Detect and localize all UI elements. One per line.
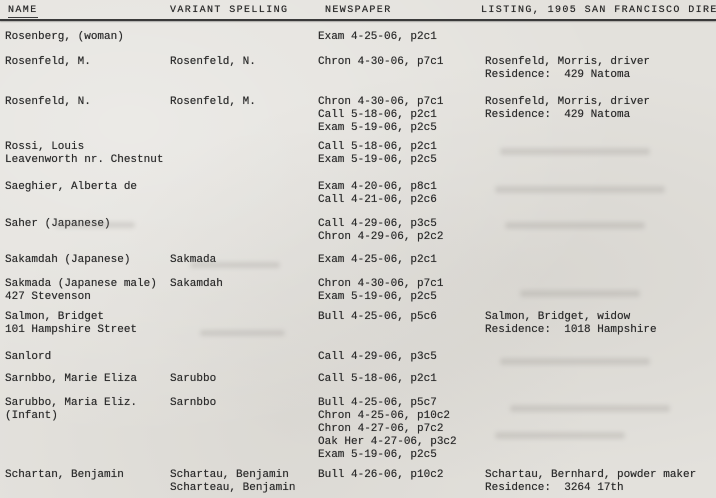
text-line: Call 4-29-06, p3c5 bbox=[318, 351, 485, 364]
text-line: Schartau, Benjamin bbox=[170, 469, 318, 482]
variant-cell bbox=[170, 31, 318, 44]
text-line: Sanlord bbox=[5, 351, 170, 364]
text-line: Chron 4-25-06, p10c2 bbox=[318, 410, 485, 423]
table-row: Sakamdah (Japanese) Sakmada Exam 4-25-06… bbox=[5, 254, 716, 267]
text-line: Exam 4-20-06, p8c1 bbox=[318, 181, 485, 194]
name-cell: Rosenberg, (woman) bbox=[5, 31, 170, 44]
text-line: Chron 4-29-06, p2c2 bbox=[318, 231, 485, 244]
scanned-document-page: NAME VARIANT SPELLING NEWSPAPER LISTING,… bbox=[0, 0, 716, 498]
text-line: Schartau, Bernhard, powder maker bbox=[485, 469, 716, 482]
variant-cell bbox=[170, 311, 318, 337]
table-row: Schartan, Benjamin Schartau, BenjaminSch… bbox=[5, 469, 716, 495]
newspaper-cell: Exam 4-25-06, p2c1 bbox=[318, 254, 485, 267]
text-line: Rosenfeld, Morris, driver bbox=[485, 96, 716, 109]
variant-cell bbox=[170, 218, 318, 244]
newspaper-cell: Bull 4-26-06, p10c2 bbox=[318, 469, 485, 495]
text-line: 427 Stevenson bbox=[5, 291, 170, 304]
variant-cell: Sakmada bbox=[170, 254, 318, 267]
text-line: Chron 4-30-06, p7c1 bbox=[318, 96, 485, 109]
text-line: Scharteau, Benjamin bbox=[170, 482, 318, 495]
text-line: Saeghier, Alberta de bbox=[5, 181, 170, 194]
text-line: Exam 5-19-06, p2c5 bbox=[318, 122, 485, 135]
text-line: Sarubbo bbox=[170, 373, 318, 386]
text-line: Bull 4-26-06, p10c2 bbox=[318, 469, 485, 482]
name-cell: Sanlord bbox=[5, 351, 170, 364]
column-header-listing: LISTING, 1905 SAN FRANCISCO DIRECTORY bbox=[481, 5, 716, 16]
listing-cell bbox=[485, 218, 716, 244]
column-header-variant: VARIANT SPELLING bbox=[170, 5, 288, 16]
text-line: Schartan, Benjamin bbox=[5, 469, 170, 482]
name-cell: Saeghier, Alberta de bbox=[5, 181, 170, 207]
name-cell: Rosenfeld, N. bbox=[5, 96, 170, 135]
newspaper-cell: Exam 4-25-06, p2c1 bbox=[318, 31, 485, 44]
name-cell: Saher (Japanese) bbox=[5, 218, 170, 244]
text-line: Exam 5-19-06, p2c5 bbox=[318, 449, 485, 462]
variant-cell bbox=[170, 181, 318, 207]
text-line: Rosenfeld, M. bbox=[5, 56, 170, 69]
name-cell: Rosenfeld, M. bbox=[5, 56, 170, 82]
text-line: Residence: 1018 Hampshire bbox=[485, 324, 716, 337]
table-row: Rosenfeld, N. Rosenfeld, M. Chron 4-30-0… bbox=[5, 96, 716, 135]
text-line: Rosenfeld, N. bbox=[170, 56, 318, 69]
column-header-name: NAME bbox=[8, 5, 38, 18]
table-row: Rossi, LouisLeavenworth nr. Chestnut Cal… bbox=[5, 141, 716, 167]
table-row: Salmon, Bridget101 Hampshire Street Bull… bbox=[5, 311, 716, 337]
variant-cell: Sarubbo bbox=[170, 373, 318, 386]
table-row: Sarnbbo, Marie Eliza Sarubbo Call 5-18-0… bbox=[5, 373, 716, 386]
listing-cell bbox=[485, 351, 716, 364]
text-line: Residence: 429 Natoma bbox=[485, 109, 716, 122]
table-body: Rosenberg, (woman) Exam 4-25-06, p2c1 Ro… bbox=[0, 31, 716, 495]
listing-cell bbox=[485, 31, 716, 44]
variant-cell: Rosenfeld, M. bbox=[170, 96, 318, 135]
text-line: Sarnbbo, Marie Eliza bbox=[5, 373, 170, 386]
table-row: Rosenberg, (woman) Exam 4-25-06, p2c1 bbox=[5, 31, 716, 44]
listing-cell bbox=[485, 181, 716, 207]
listing-cell: Rosenfeld, Morris, driverResidence: 429 … bbox=[485, 56, 716, 82]
text-line: Exam 4-25-06, p2c1 bbox=[318, 31, 485, 44]
text-line: Sarnbbo bbox=[170, 397, 318, 410]
text-line: Call 5-18-06, p2c1 bbox=[318, 373, 485, 386]
listing-cell: Salmon, Bridget, widowResidence: 1018 Ha… bbox=[485, 311, 716, 337]
text-line: (Infant) bbox=[5, 410, 170, 423]
name-cell: Rossi, LouisLeavenworth nr. Chestnut bbox=[5, 141, 170, 167]
name-cell: Schartan, Benjamin bbox=[5, 469, 170, 495]
text-line: Rosenfeld, Morris, driver bbox=[485, 56, 716, 69]
name-cell: Salmon, Bridget101 Hampshire Street bbox=[5, 311, 170, 337]
header-divider-rule bbox=[0, 19, 716, 21]
text-line: Saher (Japanese) bbox=[5, 218, 170, 231]
variant-cell bbox=[170, 351, 318, 364]
listing-cell bbox=[485, 254, 716, 267]
text-line: Sakamdah (Japanese) bbox=[5, 254, 170, 267]
newspaper-cell: Chron 4-30-06, p7c1Call 5-18-06, p2c1Exa… bbox=[318, 96, 485, 135]
newspaper-cell: Call 4-29-06, p3c5Chron 4-29-06, p2c2 bbox=[318, 218, 485, 244]
text-line: Oak Her 4-27-06, p3c2 bbox=[318, 436, 485, 449]
text-line: Salmon, Bridget, widow bbox=[485, 311, 716, 324]
name-cell: Sarnbbo, Marie Eliza bbox=[5, 373, 170, 386]
text-line: Residence: 3264 17th bbox=[485, 482, 716, 495]
listing-cell bbox=[485, 373, 716, 386]
table-row: Sakmada (Japanese male)427 Stevenson Sak… bbox=[5, 278, 716, 304]
column-header-newspaper: NEWSPAPER bbox=[325, 5, 392, 16]
newspaper-cell: Call 5-18-06, p2c1 bbox=[318, 373, 485, 386]
text-line: Exam 4-25-06, p2c1 bbox=[318, 254, 485, 267]
text-line: Sakmada bbox=[170, 254, 318, 267]
text-line: Sakamdah bbox=[170, 278, 318, 291]
variant-cell: Sakamdah bbox=[170, 278, 318, 304]
text-line: Call 5-18-06, p2c1 bbox=[318, 109, 485, 122]
text-line: Chron 4-30-06, p7c1 bbox=[318, 278, 485, 291]
text-line: Call 5-18-06, p2c1 bbox=[318, 141, 485, 154]
text-line: Rossi, Louis bbox=[5, 141, 170, 154]
text-line: Salmon, Bridget bbox=[5, 311, 170, 324]
newspaper-cell: Exam 4-20-06, p8c1Call 4-21-06, p2c6 bbox=[318, 181, 485, 207]
variant-cell: Schartau, BenjaminScharteau, Benjamin bbox=[170, 469, 318, 495]
name-cell: Sakmada (Japanese male)427 Stevenson bbox=[5, 278, 170, 304]
text-line: 101 Hampshire Street bbox=[5, 324, 170, 337]
table-row: Rosenfeld, M. Rosenfeld, N. Chron 4-30-0… bbox=[5, 56, 716, 82]
variant-cell: Rosenfeld, N. bbox=[170, 56, 318, 82]
listing-cell bbox=[485, 141, 716, 167]
text-line: Chron 4-30-06, p7c1 bbox=[318, 56, 485, 69]
variant-cell: Sarnbbo bbox=[170, 397, 318, 462]
text-line: Rosenfeld, N. bbox=[5, 96, 170, 109]
text-line: Rosenfeld, M. bbox=[170, 96, 318, 109]
text-line: Call 4-21-06, p2c6 bbox=[318, 194, 485, 207]
text-line: Residence: 429 Natoma bbox=[485, 69, 716, 82]
table-header: NAME VARIANT SPELLING NEWSPAPER LISTING,… bbox=[0, 0, 716, 21]
text-line: Leavenworth nr. Chestnut bbox=[5, 154, 170, 167]
table-row: Saeghier, Alberta de Exam 4-20-06, p8c1C… bbox=[5, 181, 716, 207]
listing-cell bbox=[485, 278, 716, 304]
text-line: Sarubbo, Maria Eliz. bbox=[5, 397, 170, 410]
text-line: Sakmada (Japanese male) bbox=[5, 278, 170, 291]
newspaper-cell: Chron 4-30-06, p7c1 bbox=[318, 56, 485, 82]
newspaper-cell: Bull 4-25-06, p5c7Chron 4-25-06, p10c2Ch… bbox=[318, 397, 485, 462]
text-line: Bull 4-25-06, p5c7 bbox=[318, 397, 485, 410]
newspaper-cell: Call 4-29-06, p3c5 bbox=[318, 351, 485, 364]
text-line: Bull 4-25-06, p5c6 bbox=[318, 311, 485, 324]
listing-cell: Rosenfeld, Morris, driverResidence: 429 … bbox=[485, 96, 716, 135]
name-cell: Sakamdah (Japanese) bbox=[5, 254, 170, 267]
text-line: Rosenberg, (woman) bbox=[5, 31, 170, 44]
newspaper-cell: Call 5-18-06, p2c1Exam 5-19-06, p2c5 bbox=[318, 141, 485, 167]
text-line: Call 4-29-06, p3c5 bbox=[318, 218, 485, 231]
text-line: Chron 4-27-06, p7c2 bbox=[318, 423, 485, 436]
listing-cell: Schartau, Bernhard, powder makerResidenc… bbox=[485, 469, 716, 495]
newspaper-cell: Bull 4-25-06, p5c6 bbox=[318, 311, 485, 337]
text-line: Exam 5-19-06, p2c5 bbox=[318, 291, 485, 304]
table-row: Sanlord Call 4-29-06, p3c5 bbox=[5, 351, 716, 364]
variant-cell bbox=[170, 141, 318, 167]
table-row: Sarubbo, Maria Eliz.(Infant) Sarnbbo Bul… bbox=[5, 397, 716, 462]
listing-cell bbox=[485, 397, 716, 462]
newspaper-cell: Chron 4-30-06, p7c1Exam 5-19-06, p2c5 bbox=[318, 278, 485, 304]
table-row: Saher (Japanese) Call 4-29-06, p3c5Chron… bbox=[5, 218, 716, 244]
name-cell: Sarubbo, Maria Eliz.(Infant) bbox=[5, 397, 170, 462]
text-line: Exam 5-19-06, p2c5 bbox=[318, 154, 485, 167]
